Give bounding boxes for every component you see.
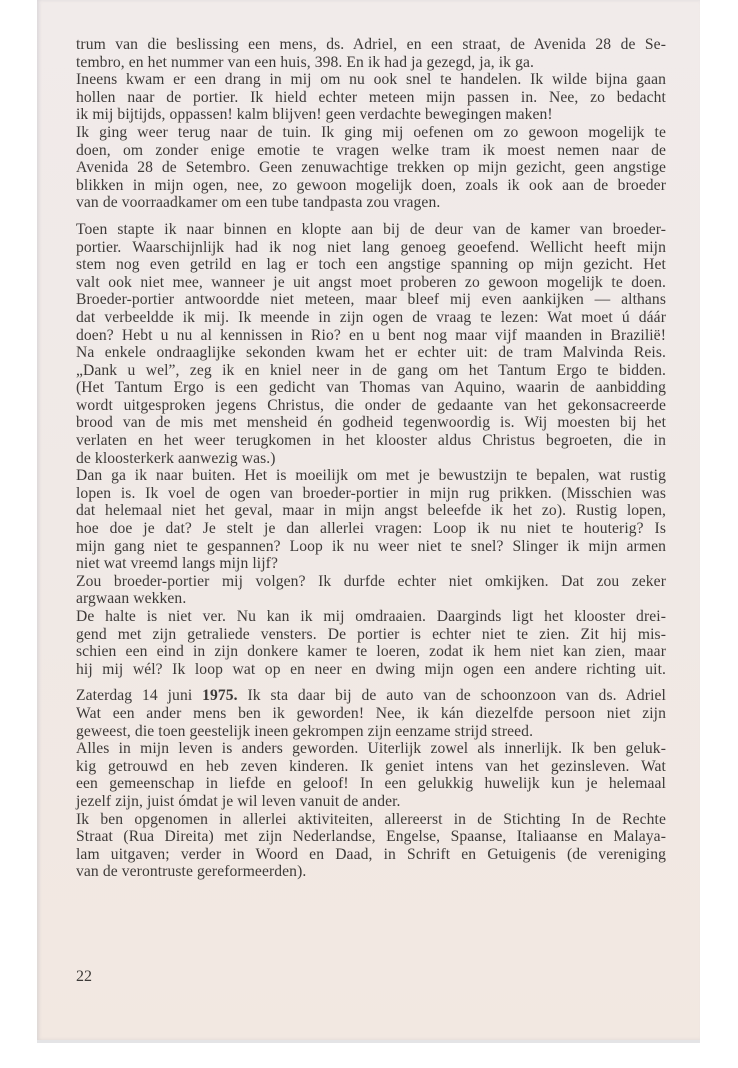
text-line: Straat (Rua Direita) met zijn Nederlands… — [76, 828, 666, 846]
text-line: hij mij wél? Ik loop wat op en neer en d… — [76, 661, 666, 679]
text-line: dat helemaal niet het geval, maar in mij… — [76, 502, 666, 520]
text-line: Alles in mijn leven is anders geworden. … — [76, 740, 666, 758]
text-line: Toen stapte ik naar binnen en klopte aan… — [76, 221, 666, 239]
text-line: de kloosterkerk aanwezig was.) — [76, 450, 666, 468]
text-line: „Dank u wel”, zeg ik en kniel neer in de… — [76, 362, 666, 380]
text-line: blikken in mijn ogen, nee, zo gewoon mog… — [76, 177, 666, 195]
text-line-dated: Zaterdag 14 juni 1975. Ik sta daar bij d… — [76, 687, 666, 705]
text-line: van de verontruste gereformeerden). — [76, 863, 666, 881]
text-line: brood van de mis met mensheid én godheid… — [76, 414, 666, 432]
date-text: Zaterdag 14 juni — [76, 687, 202, 704]
text-line: doen? Hebt u nu al kennissen in Rio? en … — [76, 327, 666, 345]
page-number: 22 — [76, 968, 92, 986]
text-line: valt ook niet mee, wanneer je uit angst … — [76, 274, 666, 292]
text-line: niet wat vreemd langs mijn lijf? — [76, 555, 666, 573]
text-line: hollen naar de portier. Ik hield echter … — [76, 89, 666, 107]
text-line: van de voorraadkamer om een tube tandpas… — [76, 194, 666, 212]
text-line: Ineens kwam er een drang in mij om nu oo… — [76, 71, 666, 89]
text-line: mijn gang niet te gespannen? Loop ik nu … — [76, 538, 666, 556]
body-text: trum van die beslissing een mens, ds. Ad… — [76, 36, 666, 881]
text-line: doen, om zonder enige emotie te vragen w… — [76, 142, 666, 160]
text-line: Na enkele ondraaglijke sekonden kwam het… — [76, 344, 666, 362]
text-line: Wat een ander mens ben ik geworden! Nee,… — [76, 705, 666, 723]
text-fragment: Ik sta daar bij de auto van de schoonzoo… — [238, 687, 666, 704]
text-line: verlaten en het weer terugkomen in het k… — [76, 432, 666, 450]
text-line: ik mij bijtijds, oppassen! kalm blijven!… — [76, 106, 666, 124]
text-line: jezelf zijn, juist ómdat je wil leven va… — [76, 793, 666, 811]
text-line: wordt uitgesproken jegens Christus, die … — [76, 397, 666, 415]
text-line: De halte is niet ver. Nu kan ik mij omdr… — [76, 608, 666, 626]
book-page: trum van die beslissing een mens, ds. Ad… — [37, 0, 700, 1040]
text-line: dat verbeeldde ik mij. Ik meende in zijn… — [76, 309, 666, 327]
text-line: (Het Tantum Ergo is een gedicht van Thom… — [76, 379, 666, 397]
text-line: Avenida 28 de Setembro. Geen zenuwachtig… — [76, 159, 666, 177]
text-line: argwaan wekken. — [76, 590, 666, 608]
text-line: Ik ben opgenomen in allerlei aktiviteite… — [76, 811, 666, 829]
text-line: Zou broeder-portier mij volgen? Ik durfd… — [76, 573, 666, 591]
text-line: trum van die beslissing een mens, ds. Ad… — [76, 36, 666, 54]
text-line: kig getrouwd en heb zeven kinderen. Ik g… — [76, 758, 666, 776]
text-line: stem nog even getrild en lag er toch een… — [76, 256, 666, 274]
text-line: geweest, die toen geestelijk ineen gekro… — [76, 723, 666, 741]
text-line: tembro, en het nummer van een huis, 398.… — [76, 54, 666, 72]
text-line: portier. Waarschijnlijk had ik nog niet … — [76, 239, 666, 257]
text-line: hoe doe je dat? Je stelt je dan allerlei… — [76, 520, 666, 538]
text-line: lopen is. Ik voel de ogen van broeder-po… — [76, 485, 666, 503]
text-line: gend met zijn getraliede vensters. De po… — [76, 626, 666, 644]
text-line: een gemeenschap in liefde en geloof! In … — [76, 775, 666, 793]
text-line: Broeder-portier antwoordde niet meteen, … — [76, 291, 666, 309]
year-bold: 1975. — [202, 687, 238, 704]
text-line: Ik ging weer terug naar de tuin. Ik ging… — [76, 124, 666, 142]
text-line: schien een eind in zijn donkere kamer te… — [76, 643, 666, 661]
text-line: Dan ga ik naar buiten. Het is moeilijk o… — [76, 467, 666, 485]
text-line: lam uitgaven; verder in Woord en Daad, i… — [76, 846, 666, 864]
